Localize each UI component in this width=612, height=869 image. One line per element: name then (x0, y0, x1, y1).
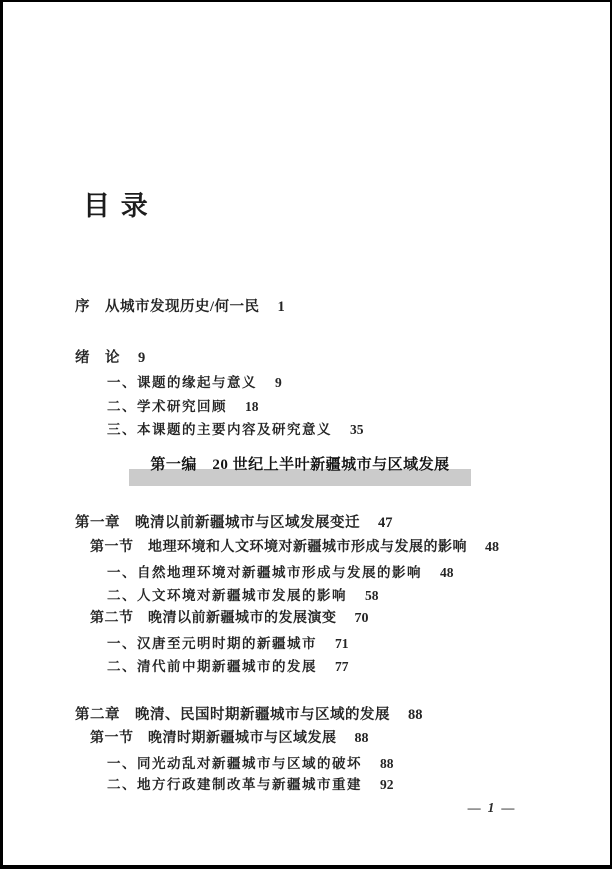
toc-entry-ch1-s1-item-2: 二、人文环境对新疆城市发展的影响58 (107, 586, 379, 606)
footer-dash-left: — (468, 800, 481, 816)
footer-page-number: 1 (488, 800, 495, 816)
part-banner-title: 第一编 20 世纪上半叶新疆城市与区域发展 (129, 453, 471, 474)
toc-entry-ch1-section-2: 第二节 晚清以前新疆城市的发展演变70 (90, 609, 369, 629)
entry-page-number: 48 (485, 540, 499, 555)
entry-page-number: 9 (138, 350, 145, 366)
toc-entry-ch2-s1-item-2: 二、地方行政建制改革与新疆城市重建92 (107, 775, 394, 795)
page-title: 目 录 (83, 184, 150, 223)
entry-page-number: 58 (365, 588, 379, 603)
entry-page-number: 47 (378, 515, 393, 531)
toc-entry-chapter-1: 第一章 晚清以前新疆城市与区域发展变迁47 (75, 513, 393, 533)
entry-page-number: 88 (380, 756, 394, 771)
entry-title: 序 从城市发现历史/何一民 (75, 299, 260, 315)
toc-entry-intro-item-1: 一、课题的缘起与意义9 (107, 373, 282, 393)
entry-page-number: 92 (380, 777, 394, 792)
toc-entry-introduction: 绪 论9 (75, 348, 145, 368)
entry-page-number: 71 (335, 636, 349, 651)
toc-entry-ch1-section-1: 第一节 地理环境和人文环境对新疆城市形成与发展的影响48 (90, 538, 499, 558)
scanned-toc-page: 目 录 序 从城市发现历史/何一民1 绪 论9 一、课题的缘起与意义9 二、学术… (0, 0, 612, 869)
entry-title: 第一节 晚清时期新疆城市与区域发展 (90, 731, 337, 746)
footer-dash-right: — (501, 800, 514, 816)
entry-title: 第一节 地理环境和人文环境对新疆城市形成与发展的影响 (90, 540, 467, 555)
page-number-footer: — 1 — (443, 800, 539, 816)
entry-title: 绪 论 (75, 350, 120, 366)
entry-page-number: 9 (275, 375, 282, 390)
entry-page-number: 35 (350, 422, 364, 437)
entry-title: 一、课题的缘起与意义 (107, 375, 257, 390)
entry-page-number: 88 (408, 707, 423, 723)
entry-page-number: 70 (355, 611, 369, 626)
entry-page-number: 77 (335, 659, 349, 674)
toc-entry-ch1-s2-item-1: 一、汉唐至元明时期的新疆城市71 (107, 634, 349, 654)
entry-title: 一、汉唐至元明时期的新疆城市 (107, 636, 317, 651)
entry-page-number: 18 (245, 399, 259, 414)
entry-title: 三、本课题的主要内容及研究意义 (107, 422, 332, 437)
entry-title: 第二章 晚清、民国时期新疆城市与区域的发展 (75, 707, 390, 723)
toc-entry-intro-item-3: 三、本课题的主要内容及研究意义35 (107, 420, 364, 440)
entry-page-number: 1 (278, 299, 285, 315)
entry-page-number: 88 (355, 731, 369, 746)
toc-entry-ch2-section-1: 第一节 晚清时期新疆城市与区域发展88 (90, 729, 369, 749)
entry-title: 第二节 晚清以前新疆城市的发展演变 (90, 611, 337, 626)
toc-entry-preface: 序 从城市发现历史/何一民1 (75, 297, 285, 317)
entry-title: 二、地方行政建制改革与新疆城市重建 (107, 777, 362, 792)
entry-title: 二、人文环境对新疆城市发展的影响 (107, 588, 347, 603)
entry-title: 二、清代前中期新疆城市的发展 (107, 659, 317, 674)
toc-entry-chapter-2: 第二章 晚清、民国时期新疆城市与区域的发展88 (75, 705, 423, 725)
entry-title: 一、自然地理环境对新疆城市形成与发展的影响 (107, 565, 422, 580)
toc-entry-ch1-s1-item-1: 一、自然地理环境对新疆城市形成与发展的影响48 (107, 563, 454, 583)
entry-title: 一、同光动乱对新疆城市与区域的破坏 (107, 756, 362, 771)
entry-page-number: 48 (440, 565, 454, 580)
toc-entry-intro-item-2: 二、学术研究回顾18 (107, 397, 259, 417)
toc-entry-ch1-s2-item-2: 二、清代前中期新疆城市的发展77 (107, 657, 349, 677)
toc-entry-ch2-s1-item-1: 一、同光动乱对新疆城市与区域的破坏88 (107, 754, 394, 774)
entry-title: 二、学术研究回顾 (107, 399, 227, 414)
entry-title: 第一章 晚清以前新疆城市与区域发展变迁 (75, 515, 360, 531)
